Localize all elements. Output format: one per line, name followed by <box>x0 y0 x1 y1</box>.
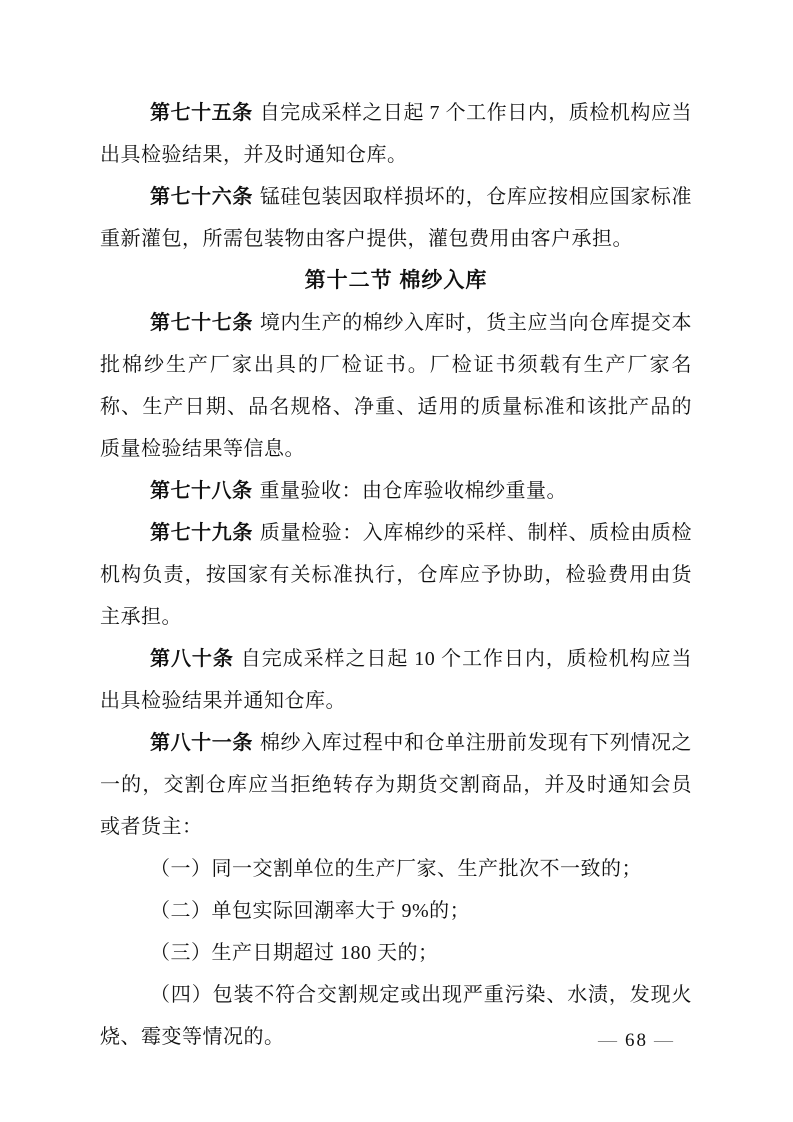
page-number-value: 68 <box>625 1030 648 1051</box>
article-paragraph-75: 第七十五条自完成采样之日起 7 个工作日内，质检机构应当出具检验结果，并及时通知… <box>100 92 692 176</box>
list-item-3: （三）生产日期超过 180 天的； <box>100 932 692 974</box>
list-item-text: （二）单包实际回潮率大于 9%的； <box>150 900 470 922</box>
article-number: 第八十一条 <box>150 732 253 754</box>
page-number: —68— <box>592 1026 681 1056</box>
list-item-1: （一）同一交割单位的生产厂家、生产批次不一致的； <box>100 848 692 890</box>
article-paragraph-77: 第七十七条境内生产的棉纱入库时，货主应当向仓库提交本批棉纱生产厂家出具的厂检证书… <box>100 302 692 470</box>
article-paragraph-80: 第八十条自完成采样之日起 10 个工作日内，质检机构应当出具检验结果并通知仓库。 <box>100 638 692 722</box>
page-number-dash-left: — <box>592 1030 625 1051</box>
article-text: 境内生产的棉纱入库时，货主应当向仓库提交本批棉纱生产厂家出具的厂检证书。厂检证书… <box>100 312 692 460</box>
article-number: 第七十九条 <box>150 522 253 544</box>
article-number: 第七十八条 <box>150 480 253 502</box>
article-number: 第八十条 <box>150 648 234 670</box>
document-content: 第七十五条自完成采样之日起 7 个工作日内，质检机构应当出具检验结果，并及时通知… <box>100 92 692 1058</box>
article-paragraph-76: 第七十六条锰硅包装因取样损坏的，仓库应按相应国家标准重新灌包，所需包装物由客户提… <box>100 176 692 260</box>
article-number: 第七十六条 <box>150 186 253 208</box>
article-number: 第七十七条 <box>150 312 253 334</box>
article-text: 重量验收：由仓库验收棉纱重量。 <box>260 480 568 502</box>
page-number-dash-right: — <box>648 1030 681 1051</box>
article-paragraph-78: 第七十八条重量验收：由仓库验收棉纱重量。 <box>100 470 692 512</box>
document-page: 第七十五条自完成采样之日起 7 个工作日内，质检机构应当出具检验结果，并及时通知… <box>0 0 793 1122</box>
list-item-2: （二）单包实际回潮率大于 9%的； <box>100 890 692 932</box>
section-heading: 第十二节 棉纱入库 <box>100 260 692 302</box>
list-item-text: （一）同一交割单位的生产厂家、生产批次不一致的； <box>150 858 642 880</box>
article-paragraph-79: 第七十九条质量检验：入库棉纱的采样、制样、质检由质检机构负责，按国家有关标准执行… <box>100 512 692 638</box>
article-paragraph-81: 第八十一条棉纱入库过程中和仓单注册前发现有下列情况之一的，交割仓库应当拒绝转存为… <box>100 722 692 848</box>
article-number: 第七十五条 <box>150 102 253 124</box>
list-item-text: （三）生产日期超过 180 天的； <box>150 942 439 964</box>
